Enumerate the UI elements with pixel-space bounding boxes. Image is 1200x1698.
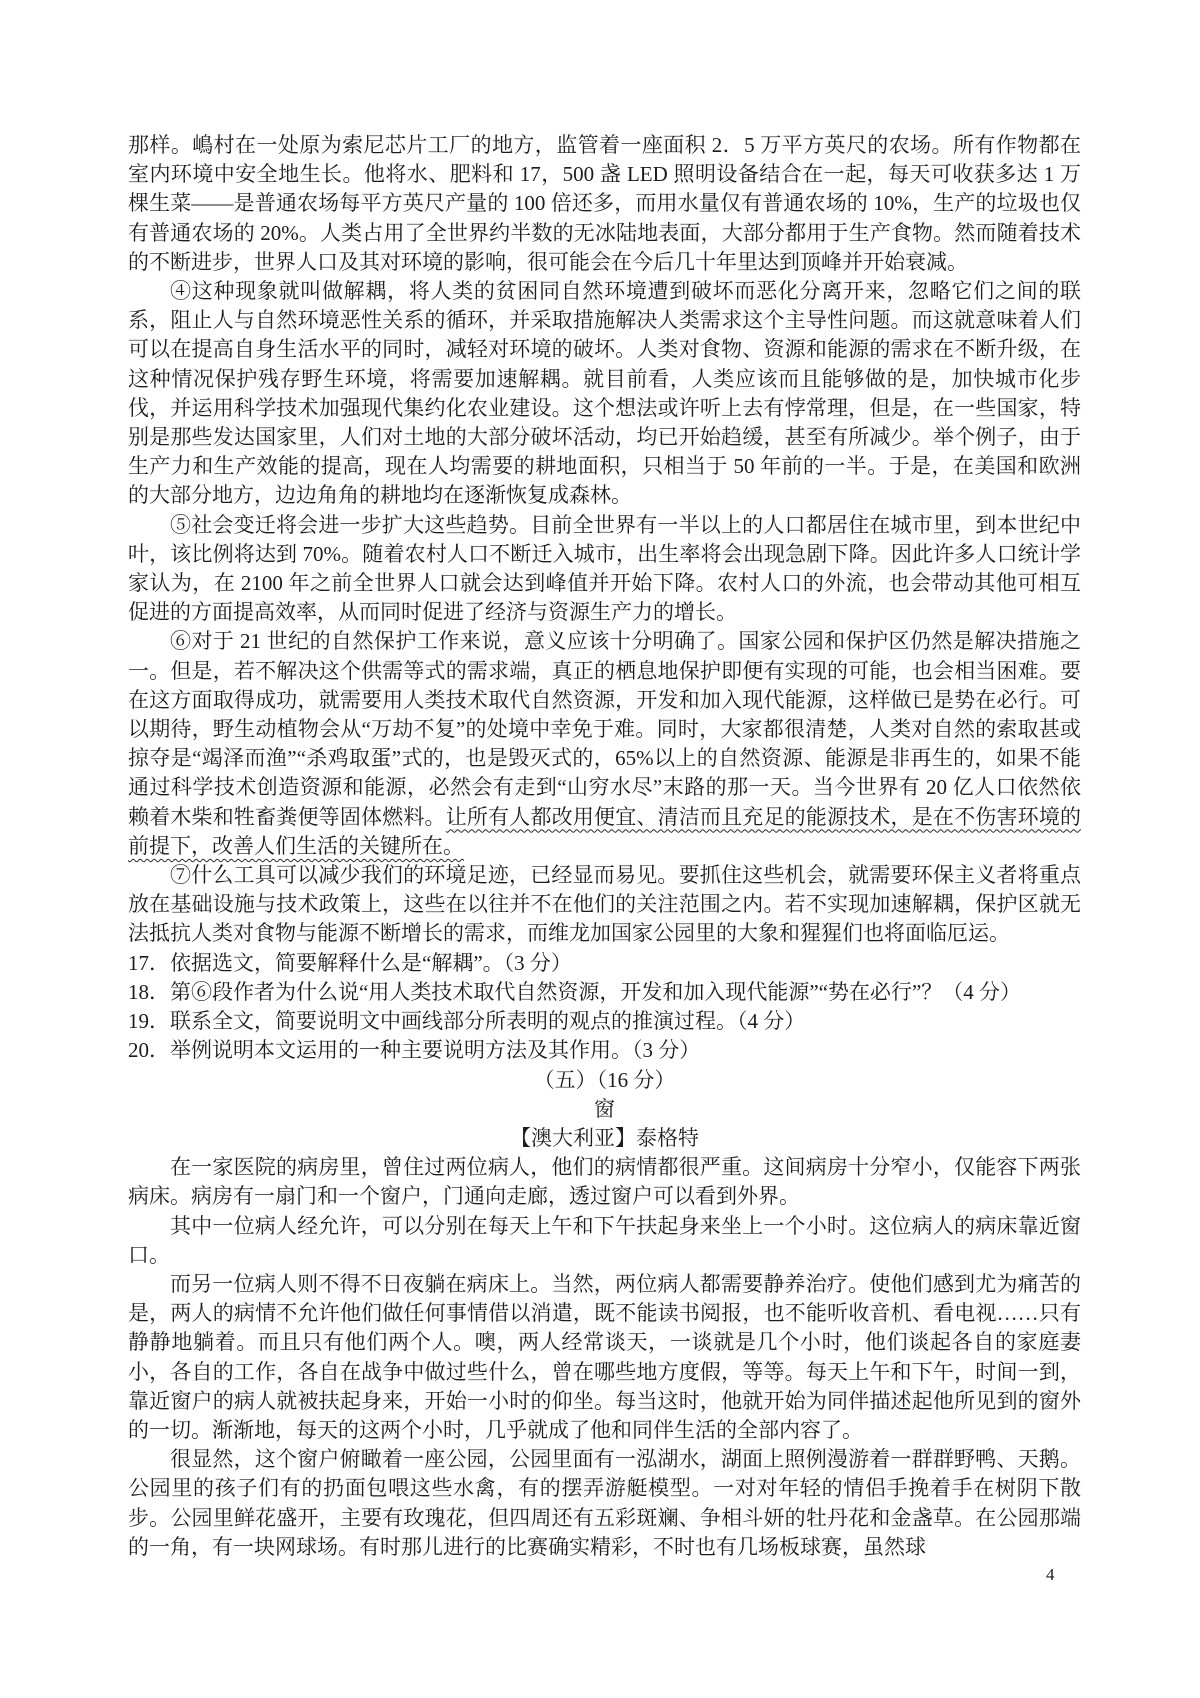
section-five-heading: （五）（16 分） <box>128 1066 1081 1095</box>
essay-paragraph-6: ⑥对于 21 世纪的自然保护工作来说，意义应该十分明确了。国家公园和保护区仍然是… <box>128 627 1081 861</box>
story-paragraph-2: 其中一位病人经允许，可以分别在每天上午和下午扶起身来坐上一个小时。这位病人的病床… <box>128 1212 1081 1270</box>
exam-page: 那样。嶋村在一处原为索尼芯片工厂的地方，监管着一座面积 2．5 万平方英尺的农场… <box>0 0 1200 1698</box>
story-paragraph-3: 而另一位病人则不得不日夜躺在病床上。当然，两位病人都需要静养治疗。使他们感到尤为… <box>128 1270 1081 1445</box>
story-paragraph-4: 很显然，这个窗户俯瞰着一座公园，公园里面有一泓湖水，湖面上照例漫游着一群群野鸭、… <box>128 1445 1081 1562</box>
essay-paragraph-4: ④这种现象就叫做解耦，将人类的贫困同自然环境遭到破坏而恶化分离开来，忽略它们之间… <box>128 277 1081 511</box>
question-18: 18．第⑥段作者为什么说“用人类技术取代自然资源，开发和加入现代能源”“势在必行… <box>128 978 1081 1007</box>
page-number: 4 <box>1046 1565 1055 1585</box>
essay-paragraph-7: ⑦什么工具可以减少我们的环境足迹，已经显而易见。要抓住这些机会，就需要环保主义者… <box>128 861 1081 949</box>
essay-paragraph-6-text: ⑥对于 21 世纪的自然保护工作来说，意义应该十分明确了。国家公园和保护区仍然是… <box>128 629 1081 828</box>
story-author: 【澳大利亚】泰格特 <box>128 1124 1081 1153</box>
question-17: 17．依据选文，简要解释什么是“解耦”。（3 分） <box>128 949 1081 978</box>
document-body: 那样。嶋村在一处原为索尼芯片工厂的地方，监管着一座面积 2．5 万平方英尺的农场… <box>128 131 1081 1562</box>
story-title: 窗 <box>128 1095 1081 1124</box>
question-19: 19．联系全文，简要说明文中画线部分所表明的观点的推演过程。（4 分） <box>128 1007 1081 1036</box>
essay-paragraph-continuation: 那样。嶋村在一处原为索尼芯片工厂的地方，监管着一座面积 2．5 万平方英尺的农场… <box>128 131 1081 277</box>
story-paragraph-1: 在一家医院的病房里，曾住过两位病人，他们的病情都很严重。这间病房十分窄小，仅能容… <box>128 1153 1081 1211</box>
essay-paragraph-5: ⑤社会变迁将会进一步扩大这些趋势。目前全世界有一半以上的人口都居住在城市里，到本… <box>128 511 1081 628</box>
question-20: 20．举例说明本文运用的一种主要说明方法及其作用。（3 分） <box>128 1036 1081 1065</box>
